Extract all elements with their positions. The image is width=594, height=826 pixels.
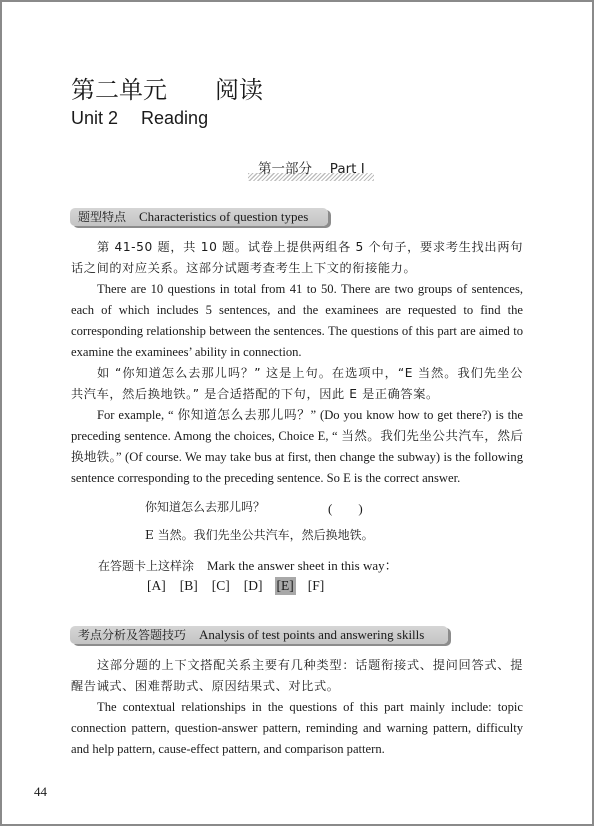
instruction-en: Mark the answer sheet in this way： — [207, 558, 398, 573]
section-header-analysis: 考点分析及答题技巧 Analysis of test points and an… — [70, 626, 448, 644]
paragraph-en-intro: There are 10 questions in total from 41 … — [71, 279, 523, 363]
page-number: 44 — [34, 784, 47, 800]
example-answer-blank: ( ) — [328, 498, 363, 517]
example-answer: E 当然。我们先坐公共汽车，然后换地铁。 — [145, 526, 374, 543]
section-header-en: Characteristics of question types — [139, 209, 308, 224]
option-d: [D] — [242, 577, 265, 595]
part-heading-label: 第一部分 Part I — [258, 157, 365, 177]
paragraph-en-example: For example, “ 你知道怎么去那儿吗？” (Do you know … — [71, 405, 523, 489]
example-question: 你知道怎么去那儿吗？ — [145, 498, 265, 515]
section-header-cn: 题型特点 — [78, 210, 126, 224]
unit-title-chinese: 第二单元 阅读 — [71, 70, 263, 105]
paragraph-en-analysis: The contextual relationships in the ques… — [71, 697, 523, 760]
paragraph-cn-analysis: 这部分题的上下文搭配关系主要有几种类型：话题衔接式、提问回答式、提醒告诫式、困难… — [71, 655, 523, 697]
book-page: 第二单元 阅读 Unit 2 Reading 第一部分 Part I 题型特点 … — [0, 0, 594, 826]
option-a: [A] — [145, 577, 168, 595]
part-heading: 第一部分 Part I — [248, 155, 374, 181]
answer-options: [A] [B] [C] [D] [E] [F] — [145, 577, 326, 595]
section-header-cn: 考点分析及答题技巧 — [78, 628, 186, 642]
unit-title-english: Unit 2 Reading — [71, 104, 208, 130]
option-b: [B] — [178, 577, 200, 595]
paragraph-cn-intro: 第 41-50 题，共 10 题。试卷上提供两组各 5 个句子，要求考生找出两句… — [71, 237, 523, 279]
section-header-question-types: 题型特点 Characteristics of question types — [70, 208, 328, 226]
option-e-marked: [E] — [275, 577, 296, 595]
option-f: [F] — [306, 577, 327, 595]
option-c: [C] — [210, 577, 232, 595]
instruction-cn: 在答题卡上这样涂 — [98, 559, 194, 573]
answer-sheet-instruction: 在答题卡上这样涂 Mark the answer sheet in this w… — [98, 555, 398, 574]
paragraph-cn-example: 如 “你知道怎么去那儿吗？” 这是上句。在选项中，“E 当然。我们先坐公共汽车，… — [71, 363, 523, 405]
section-header-en: Analysis of test points and answering sk… — [199, 627, 424, 642]
